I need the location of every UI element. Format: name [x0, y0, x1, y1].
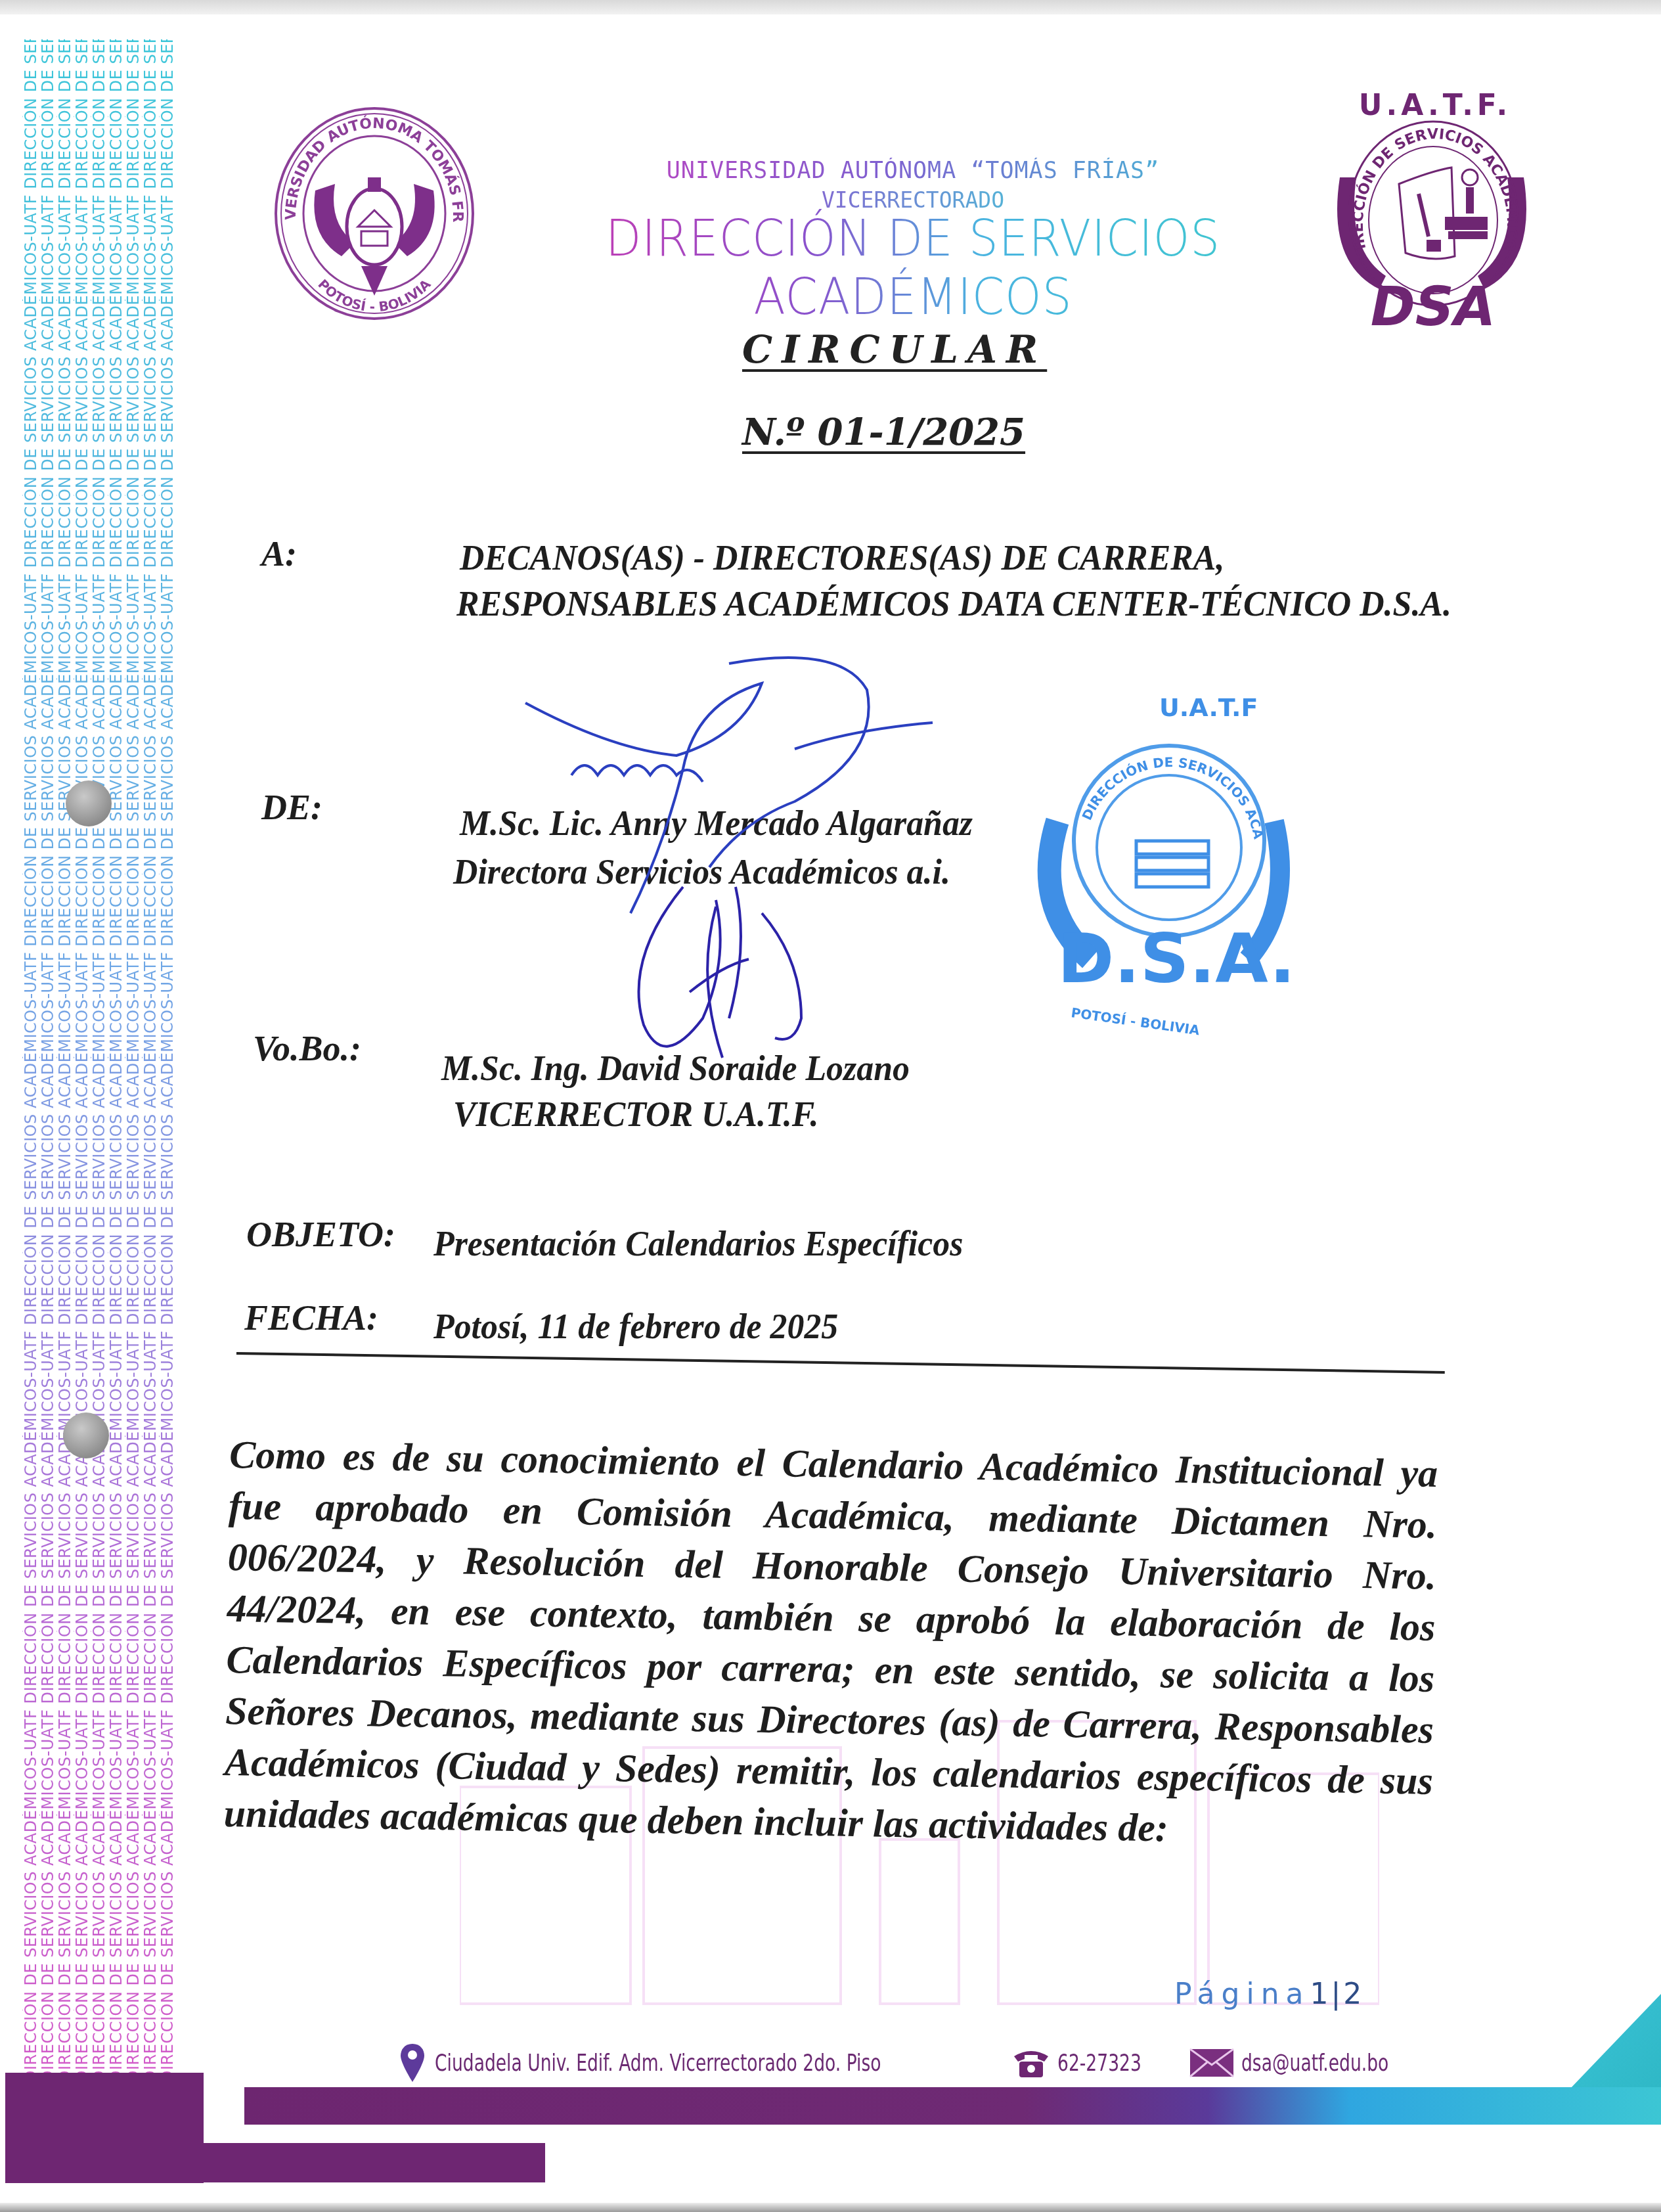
side-watermark-column: DIRECCIÓN DE SERVICIOS ACADÉMICOS-UATF D…: [56, 39, 74, 2083]
field-label-to: A:: [261, 533, 297, 574]
document-title: CIRCULAR: [742, 327, 1047, 372]
page-current: 1: [1310, 1977, 1331, 2011]
side-watermark-column: DIRECCIÓN DE SERVICIOS ACADÉMICOS-UATF D…: [74, 39, 91, 2083]
field-value-to-line1: DECANOS(AS) - DIRECTORES(AS) DE CARRERA,: [460, 537, 1224, 578]
side-watermark-column: DIRECCIÓN DE SERVICIOS ACADÉMICOS-UATF D…: [22, 39, 39, 2083]
email-envelope-icon: [1189, 2048, 1235, 2078]
side-watermark-column: DIRECCIÓN DE SERVICIOS ACADÉMICOS-UATF D…: [39, 39, 56, 2083]
scan-edge-top: [0, 0, 1661, 14]
punch-hole: [63, 1412, 109, 1458]
page-indicator: Página1|2: [1174, 1977, 1364, 2011]
location-pin-icon: [399, 2043, 426, 2083]
footer-accent-wedge: [1570, 1994, 1661, 2089]
svg-text:U.A.T.F: U.A.T.F: [1159, 693, 1258, 722]
field-value-date: Potosí, 11 de febrero de 2025: [433, 1306, 838, 1347]
footer-phone: 62-27323: [1011, 2043, 1160, 2083]
department-name: DIRECCIÓN DE SERVICIOS ACADÉMICOS: [571, 209, 1255, 326]
side-watermark-strip: DIRECCIÓN DE SERVICIOS ACADÉMICOS-UATF D…: [22, 39, 175, 2083]
field-value-subject: Presentación Calendarios Específicos: [433, 1223, 963, 1264]
scan-edge-bottom: [0, 2203, 1661, 2212]
telephone-icon: [1011, 2047, 1051, 2079]
field-label-subject: OBJETO:: [246, 1214, 395, 1255]
field-label-date: FECHA:: [244, 1298, 378, 1338]
document-number: N.º 01-1/2025: [742, 411, 1025, 454]
footer-email: dsa@uatf.edu.bo: [1189, 2043, 1421, 2083]
official-stamp-icon: U.A.T.F DIRECCIÓN DE SERVICIOS ACADÉMICO…: [1031, 690, 1294, 1038]
university-crest-icon: UNIVERSIDAD AUTÓNOMA TOMÁS FRÍAS POTOSÍ …: [269, 105, 479, 322]
university-name: UNIVERSIDAD AUTÓNOMA “TOMÁS FRÍAS”: [578, 158, 1248, 184]
svg-text:D.S.A.: D.S.A.: [1057, 918, 1294, 999]
divider: [236, 1352, 1445, 1374]
side-watermark-column: DIRECCIÓN DE SERVICIOS ACADÉMICOS-UATF D…: [91, 39, 108, 2083]
signature-director-icon: [512, 650, 1051, 1071]
punch-hole: [66, 780, 112, 826]
address-text: Ciudadela Univ. Edif. Adm. Vicerrectorad…: [435, 2050, 881, 2077]
side-watermark-column: DIRECCIÓN DE SERVICIOS ACADÉMICOS-UATF D…: [108, 39, 125, 2083]
field-value-to-line2: RESPONSABLES ACADÉMICOS DATA CENTER-TÉCN…: [456, 583, 1451, 624]
side-watermark-column: DIRECCIÓN DE SERVICIOS ACADÉMICOS-UATF D…: [142, 39, 159, 2083]
field-label-from: DE:: [261, 787, 322, 828]
phone-text[interactable]: 62-27323: [1057, 2050, 1141, 2077]
side-watermark-column: DIRECCIÓN DE SERVICIOS ACADÉMICOS-UATF D…: [159, 39, 175, 2083]
side-watermark-column: DIRECCIÓN DE SERVICIOS ACADÉMICOS-UATF D…: [125, 39, 142, 2083]
body-paragraph: Como es de su conocimiento el Calendario…: [223, 1429, 1438, 1858]
email-link[interactable]: dsa@uatf.edu.bo: [1241, 2050, 1388, 2077]
page-label: Página: [1174, 1977, 1310, 2011]
footer-gradient-bar: [244, 2087, 1661, 2125]
svg-text:POTOSÍ - BOLIVIA: POTOSÍ - BOLIVIA: [1070, 1004, 1201, 1038]
footer-address: Ciudadela Univ. Edif. Adm. Vicerrectorad…: [399, 2043, 979, 2083]
field-label-approval: Vo.Bo.:: [253, 1028, 361, 1069]
footer-corner-block: [5, 2143, 545, 2182]
dsa-logo-icon: U.A.T.F. DIRECCIÓN DE SERVICIOS ACADÉMIC…: [1320, 79, 1543, 335]
page-total: 2: [1343, 1977, 1364, 2011]
field-value-approval-title: VICERRECTOR U.A.T.F.: [453, 1094, 819, 1135]
svg-text:U.A.T.F.: U.A.T.F.: [1359, 89, 1511, 122]
svg-text:DSA: DSA: [1371, 276, 1496, 335]
